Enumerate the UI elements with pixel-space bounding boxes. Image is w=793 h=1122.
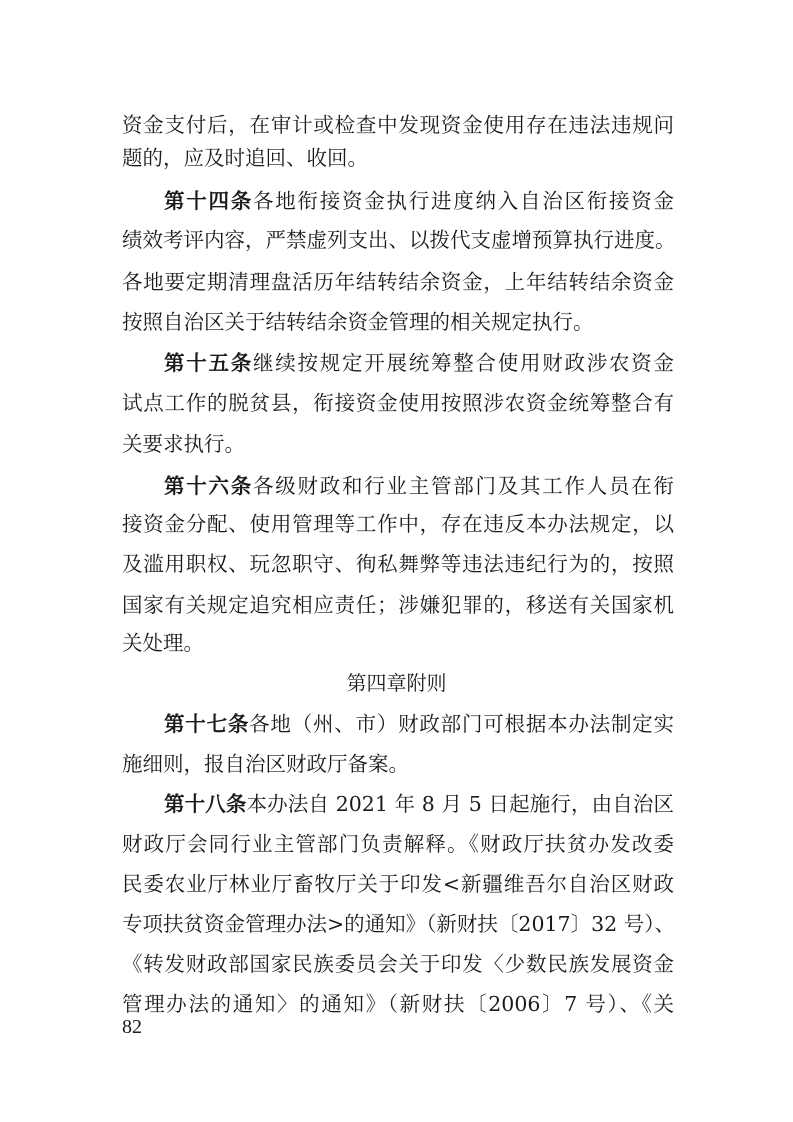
chapter-heading: 第四章附则: [0, 668, 793, 698]
article-15-first-line: 第十五条继续按规定开展统筹整合使用财政涉农资金: [164, 348, 674, 378]
text-line: 管理办法的通知〉的通知》（新财扶〔2006〕7 号）、《关: [122, 989, 674, 1019]
text-line: 接资金分配、使用管理等工作中，存在违反本办法规定，以: [122, 509, 674, 539]
article-label: 第十四条: [164, 189, 253, 213]
text-span: 本办法自 2021 年 8 月 5 日起施行，由自治区: [247, 792, 674, 816]
text-line: 试点工作的脱贫县，衔接资金使用按照涉农资金统筹整合有: [122, 388, 674, 418]
text-line: 关要求执行。: [122, 429, 674, 459]
text-line: 题的，应及时追回、收回。: [122, 143, 674, 173]
article-label: 第十五条: [164, 351, 253, 375]
text-line: 专项扶贫资金管理办法>的通知》（新财扶〔2017〕32 号）、: [122, 909, 674, 939]
article-18-first-line: 第十八条本办法自 2021 年 8 月 5 日起施行，由自治区: [164, 789, 674, 819]
text-line: 绩效考评内容，严禁虚列支出、以拨代支虚增预算执行进度。: [122, 225, 674, 255]
article-14-first-line: 第十四条各地衔接资金执行进度纳入自治区衔接资金: [164, 186, 674, 216]
text-line: 各地要定期清理盘活历年结转结余资金，上年结转结余资金: [122, 267, 674, 297]
text-line: 及滥用职权、玩忽职守、徇私舞弊等违法违纪行为的，按照: [122, 549, 674, 579]
text-span: 各级财政和行业主管部门及其工作人员在衔: [253, 474, 674, 498]
article-16-first-line: 第十六条各级财政和行业主管部门及其工作人员在衔: [164, 471, 674, 501]
article-label: 第十六条: [164, 474, 253, 498]
text-line: 财政厅会同行业主管部门负责解释。《财政厅扶贫办发改委: [122, 829, 674, 859]
text-span: 各地（州、市）财政部门可根据本办法制定实: [249, 712, 674, 736]
text-line: 国家有关规定追究相应责任；涉嫌犯罪的，移送有关国家机: [122, 590, 674, 620]
text-line: 《转发财政部国家民族委员会关于印发〈少数民族发展资金: [122, 949, 674, 979]
text-line: 按照自治区关于结转结余资金管理的相关规定执行。: [122, 307, 674, 337]
article-17-first-line: 第十七条各地（州、市）财政部门可根据本办法制定实: [164, 709, 674, 739]
article-label: 第十八条: [164, 792, 247, 816]
document-page: 资金支付后，在审计或检查中发现资金使用存在违法违规问 题的，应及时追回、收回。 …: [0, 0, 793, 1122]
text-line: 资金支付后，在审计或检查中发现资金使用存在违法违规问: [122, 110, 674, 140]
article-label: 第十七条: [164, 712, 249, 736]
text-line: 关处理。: [122, 628, 674, 658]
text-span: 各地衔接资金执行进度纳入自治区衔接资金: [253, 189, 674, 213]
page-number: 82: [122, 1015, 142, 1039]
text-line: 施细则，报自治区财政厅备案。: [122, 749, 674, 779]
text-span: 继续按规定开展统筹整合使用财政涉农资金: [253, 351, 674, 375]
text-line: 民委农业厅林业厅畜牧厅关于印发<新疆维吾尔自治区财政: [122, 869, 674, 899]
